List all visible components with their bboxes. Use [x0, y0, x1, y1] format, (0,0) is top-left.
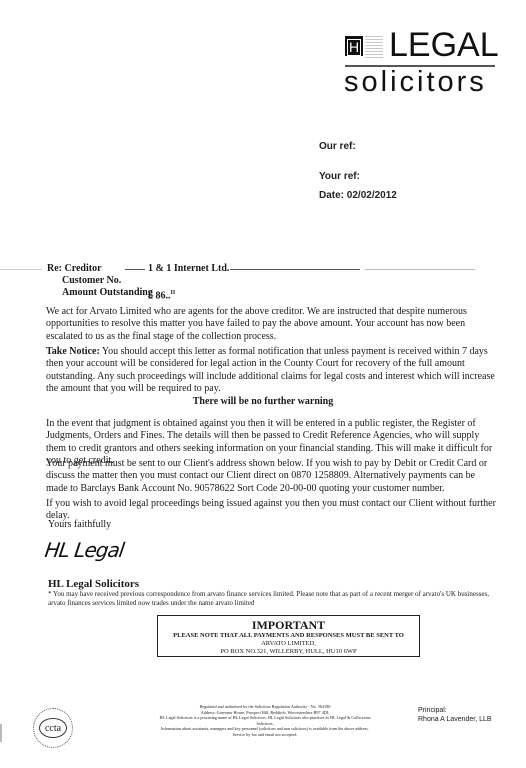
ccta-badge-text: ccta: [39, 718, 67, 738]
logo-wordmark: LEGAL: [389, 28, 499, 62]
logo-subtitle: solicitors: [344, 66, 487, 98]
firm-name: HL Legal Solicitors: [48, 578, 139, 590]
re-creditor-label: Re: Creditor: [47, 263, 102, 275]
logo-mark-letter: H: [347, 39, 361, 56]
your-ref-label: Your ref:: [319, 171, 360, 182]
closing: Yours faithfully: [48, 519, 111, 530]
logo-pattern: [365, 36, 383, 58]
amount-value: £ 86..II: [148, 287, 175, 302]
our-ref: Our ref:: [319, 141, 356, 152]
signature: HL Legal: [43, 538, 125, 562]
re-line-1: [125, 269, 145, 270]
date-value: 02/02/2012: [347, 190, 397, 201]
important-line-2: ARVATO LIMITED,: [158, 640, 419, 648]
paragraph-notice: Take Notice: You should accept this lett…: [46, 346, 496, 396]
scan-line-left: [0, 269, 42, 270]
customer-no-label: Customer No.: [62, 275, 121, 287]
amount-label: Amount Outstanding: [62, 287, 153, 299]
important-title: IMPORTANT: [158, 619, 419, 632]
our-ref-label: Our ref:: [319, 141, 356, 152]
logo-mark: H: [345, 36, 363, 56]
scan-edge-mark: [0, 724, 2, 742]
regulatory-info: Regulated and authorised by the Solicito…: [115, 704, 415, 738]
reg-line: HL Legal Solicitors is a practising name…: [115, 715, 415, 721]
reg-line: Service by fax and email not accepted.: [115, 732, 415, 738]
your-ref: Your ref:: [319, 171, 360, 182]
notice-text: You should accept this letter as formal …: [46, 346, 495, 394]
date-label: Date:: [319, 190, 344, 201]
important-line-3: PO BOX NO.321, WILLERBY, HULL, HU10 6WP: [158, 648, 419, 656]
principal-name: Rhona A Lavender, LLB: [418, 716, 492, 725]
footnote: * You may have received previous corresp…: [48, 590, 498, 608]
important-notice-box: IMPORTANT PLEASE NOTE THAT ALL PAYMENTS …: [157, 615, 420, 657]
amount-number: £ 86..: [148, 290, 171, 301]
warning-heading: There will be no further warning: [0, 396, 526, 407]
re-line-2: [230, 269, 360, 270]
paragraph-payment: Your payment must be sent to our Client'…: [46, 458, 496, 495]
paragraph-intro: We act for Arvato Limited who are agents…: [46, 306, 496, 343]
important-line-1: PLEASE NOTE THAT ALL PAYMENTS AND RESPON…: [158, 632, 419, 640]
principal-label: Principal:: [418, 707, 492, 716]
letter-date: Date: 02/02/2012: [319, 190, 397, 201]
amount-suffix: II: [171, 290, 176, 296]
principal-info: Principal: Rhona A Lavender, LLB: [418, 707, 492, 724]
re-line-3: [365, 269, 475, 270]
creditor-name: 1 & 1 Internet Ltd.: [148, 263, 229, 275]
ccta-badge-icon: ccta: [33, 708, 73, 748]
paragraph-avoid: If you wish to avoid legal proceedings b…: [46, 498, 496, 523]
notice-lead: Take Notice:: [46, 346, 100, 357]
